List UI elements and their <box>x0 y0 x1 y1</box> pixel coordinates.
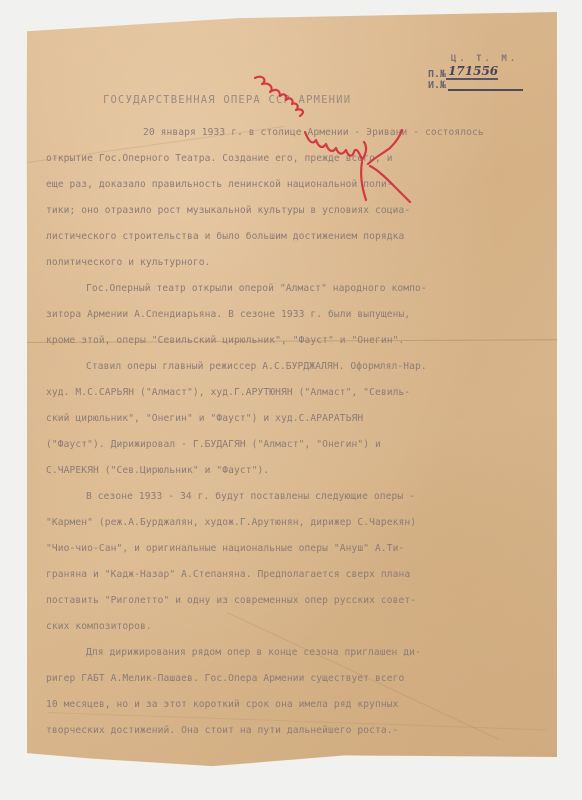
text-line: ригер ГАБТ А.Мелик-Пашаев. Гос.Опера Арм… <box>46 666 558 692</box>
text-line: ских композиторов. <box>46 614 558 640</box>
text-line: Гос.Оперный театр открыли оперой "Алмаст… <box>46 276 558 302</box>
stamp-p-number-row: П.№ 171556 <box>428 64 523 80</box>
text-line: открытие Гос.Оперного Театра. Создание е… <box>46 146 558 172</box>
text-line: зитора Армении А.Спендиарьяна. В сезоне … <box>46 302 558 328</box>
text-line: кроме этой, оперы "Севильский цирюльник"… <box>46 328 558 354</box>
text-line: Ставил оперы главный режиссер А.С.БУРДЖА… <box>46 354 558 380</box>
stamp-p-label: П.№ <box>428 69 446 80</box>
text-line: еще раз, доказало правильность ленинской… <box>46 172 558 198</box>
text-line: ский цирюльник", "Онегин" и "Фауст") и х… <box>46 406 558 432</box>
text-line: листического строительства и было больши… <box>46 224 558 250</box>
stamp-i-blank-line <box>448 81 523 91</box>
text-line: тики; оно отразило рост музыкальной куль… <box>46 198 558 224</box>
document-body: 20 января 1933 г. в столице Армении - Эр… <box>103 120 558 744</box>
archive-stamp: Ц. Т. М. П.№ 171556 И.№ <box>428 54 523 91</box>
text-line: политического и культурного. <box>46 250 558 276</box>
text-line: поставить "Риголетто" и одну из современ… <box>46 588 558 614</box>
stamp-p-number: 171556 <box>446 64 498 80</box>
text-line: "Кармен" (реж.А.Бурджалян, худож.Г.Арутю… <box>46 510 558 536</box>
document-title: ГОСУДАРСТВЕННАЯ ОПЕРА ССР АРМЕНИИ <box>103 94 351 106</box>
text-line: граняна и "Кадж-Назар" А.Степаняна. Пред… <box>46 562 558 588</box>
stamp-i-number-row: И.№ <box>428 80 523 91</box>
text-line: ("Фауст"). Дирижировал - Г.БУДАГЯН ("Алм… <box>46 432 558 458</box>
text-line: "Чио-чио-Сан", и оригинальные национальн… <box>46 536 558 562</box>
stamp-organization: Ц. Т. М. <box>446 54 523 64</box>
stamp-i-label: И.№ <box>428 80 446 91</box>
text-line: Для дирижирования рядом опер в конце сез… <box>46 640 558 666</box>
text-line: творческих достижений. Она стоит на пути… <box>46 718 558 744</box>
text-line: 20 января 1933 г. в столице Армении - Эр… <box>103 120 558 146</box>
text-line: В сезоне 1933 - 34 г. будут поставлены с… <box>46 484 558 510</box>
text-line: 10 месяцев, но и за этот короткий срок о… <box>46 692 558 718</box>
text-line: С.ЧАРЕКЯН ("Сев.Цирюльник" и "Фауст"). <box>46 458 558 484</box>
text-line: худ. М.С.САРЬЯН ("Алмаст"), худ.Г.АРУТЮН… <box>46 380 558 406</box>
